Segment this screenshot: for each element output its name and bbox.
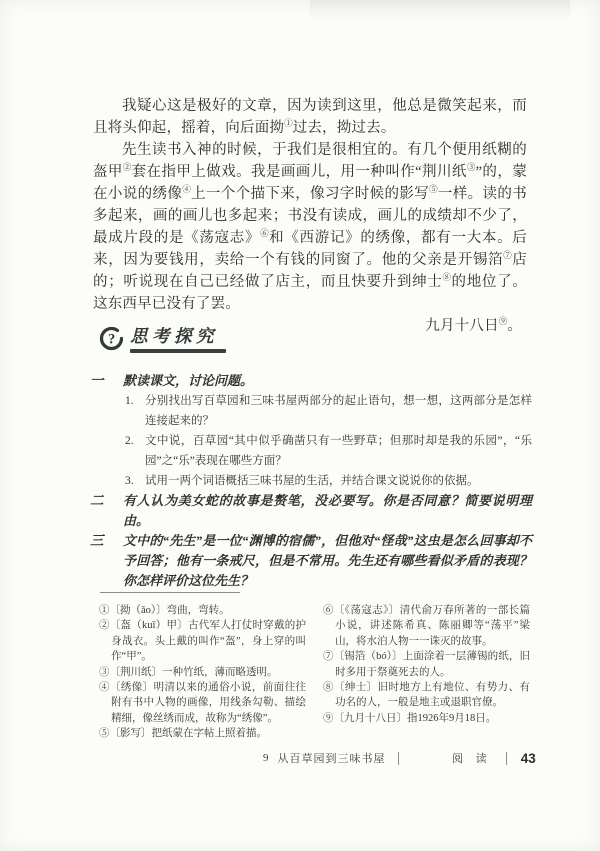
- footnotes-right-column: ⑥〔《荡寇志》〕清代俞万春所著的一部长篇小说，讲述陈希真、陈丽卿等“荡平”梁山，…: [323, 603, 530, 742]
- question-marker: 二: [90, 491, 123, 531]
- sub-question-1: 1. 分别找出写百草园和三味书屋两部分的起止语句，想一想，这两部分是怎样连接起来…: [125, 391, 532, 431]
- sub-question-number: 1.: [125, 391, 145, 431]
- question-mark-icon: ?: [99, 326, 124, 351]
- page-number: 43: [521, 751, 536, 766]
- questions-list: 一 默读课文，讨论问题。 1. 分别找出写百草园和三味书屋两部分的起止语句，想一…: [90, 371, 532, 591]
- question-text: 有人认为美女蛇的故事是赘笔，没必要写。你是否同意？简要说明理由。: [123, 491, 532, 531]
- section-title: 思考探究: [130, 325, 226, 347]
- body-paragraph-2: 先生读书入神的时候，于我们是很相宜的。有几个便用纸糊的盔甲②套在指甲上做戏。我是…: [93, 139, 527, 315]
- question-marker: 三: [90, 531, 123, 591]
- footer-divider: [398, 752, 399, 765]
- sub-question-number: 2.: [125, 431, 145, 471]
- question-text: 默读课文，讨论问题。: [123, 371, 532, 391]
- footnote-1: ①〔拗（ǎo）〕弯曲，弯转。: [99, 603, 306, 618]
- footnote-4: ④〔绣像〕明清以来的通俗小说，前面往往附有书中人物的画像，用线条勾勒、描绘精细，…: [99, 680, 306, 726]
- question-item-1: 一 默读课文，讨论问题。 1. 分别找出写百草园和三味书屋两部分的起止语句，想一…: [90, 371, 532, 491]
- footer-lesson-group: 9 从百草园到三味书屋: [263, 750, 399, 766]
- svg-text:?: ?: [108, 332, 115, 348]
- lesson-title: 从百草园到三味书屋: [278, 750, 386, 766]
- sub-question-number: 3.: [125, 471, 145, 491]
- body-paragraph-1: 我疑心这是极好的文章，因为读到这里，他总是微笑起来，而且将头仰起，摇着，向后面拗…: [93, 95, 527, 139]
- unit-label: 阅 读: [452, 750, 492, 766]
- footnote-3: ③〔荆川纸〕一种竹纸，薄而略透明。: [99, 665, 306, 680]
- sub-question-text: 试用一两个词语概括三味书屋的生活，并结合课文说说你的依据。: [145, 471, 532, 491]
- footnotes-left-column: ①〔拗（ǎo）〕弯曲，弯转。 ②〔盔（kuī）甲〕古代军人打仗时穿戴的护身战衣。…: [99, 603, 306, 742]
- sub-question-text: 分别找出写百草园和三味书屋两部分的起止语句，想一想，这两部分是怎样连接起来的？: [145, 391, 532, 431]
- footnote-separator-rule: [100, 592, 240, 593]
- sub-question-2: 2. 文中说，百草园“其中似乎确凿只有一些野草；但那时却是我的乐园”，“乐园”之…: [125, 431, 532, 471]
- footnote-9: ⑨〔九月十八日〕指1926年9月18日。: [323, 711, 530, 726]
- footnote-8: ⑧〔绅士〕旧时地方上有地位、有势力、有功名的人，一般是地主或退职官僚。: [323, 680, 530, 711]
- body-text-block: 我疑心这是极好的文章，因为读到这里，他总是微笑起来，而且将头仰起，摇着，向后面拗…: [93, 95, 527, 337]
- question-text: 文中的“先生”是一位“渊博的宿儒”，但他对“怪哉”这虫是怎么回事却不予回答；他有…: [123, 531, 532, 591]
- question-item-3: 三 文中的“先生”是一位“渊博的宿儒”，但他对“怪哉”这虫是怎么回事却不予回答；…: [90, 531, 532, 591]
- sub-question-text: 文中说，百草园“其中似乎确凿只有一些野草；但那时却是我的乐园”，“乐园”之“乐”…: [145, 431, 532, 471]
- section-title-wrap: 思考探究: [130, 325, 226, 353]
- question-body: 文中的“先生”是一位“渊博的宿儒”，但他对“怪哉”这虫是怎么回事却不予回答；他有…: [123, 531, 532, 591]
- sub-question-3: 3. 试用一两个词语概括三味书屋的生活，并结合课文说说你的依据。: [125, 471, 532, 491]
- question-item-2: 二 有人认为美女蛇的故事是赘笔，没必要写。你是否同意？简要说明理由。: [90, 491, 532, 531]
- footnotes-block: ①〔拗（ǎo）〕弯曲，弯转。 ②〔盔（kuī）甲〕古代军人打仗时穿戴的护身战衣。…: [99, 603, 530, 742]
- footnote-7: ⑦〔锡箔（bó）〕上面涂着一层薄锡的纸，旧时多用于祭奠死去的人。: [323, 649, 530, 680]
- section-header: ? 思考探究: [99, 325, 226, 353]
- question-marker: 一: [90, 371, 123, 491]
- footer-unit-group: 阅 读 43: [452, 750, 536, 766]
- textbook-page: 我疑心这是极好的文章，因为读到这里，他总是微笑起来，而且将头仰起，摇着，向后面拗…: [0, 0, 600, 851]
- section-title-underline: [130, 349, 226, 353]
- lesson-number: 9: [263, 752, 269, 764]
- footer-divider: [506, 752, 507, 765]
- question-body: 有人认为美女蛇的故事是赘笔，没必要写。你是否同意？简要说明理由。: [123, 491, 532, 531]
- footnote-5: ⑤〔影写〕把纸蒙在字帖上照着描。: [99, 726, 306, 741]
- footnote-6: ⑥〔《荡寇志》〕清代俞万春所著的一部长篇小说，讲述陈希真、陈丽卿等“荡平”梁山，…: [323, 603, 530, 649]
- footnote-2: ②〔盔（kuī）甲〕古代军人打仗时穿戴的护身战衣。头上戴的叫作“盔”，身上穿的叫…: [99, 618, 306, 664]
- page-footer: 9 从百草园到三味书屋 阅 读 43: [0, 750, 600, 770]
- question-body: 默读课文，讨论问题。 1. 分别找出写百草园和三味书屋两部分的起止语句，想一想，…: [123, 371, 532, 491]
